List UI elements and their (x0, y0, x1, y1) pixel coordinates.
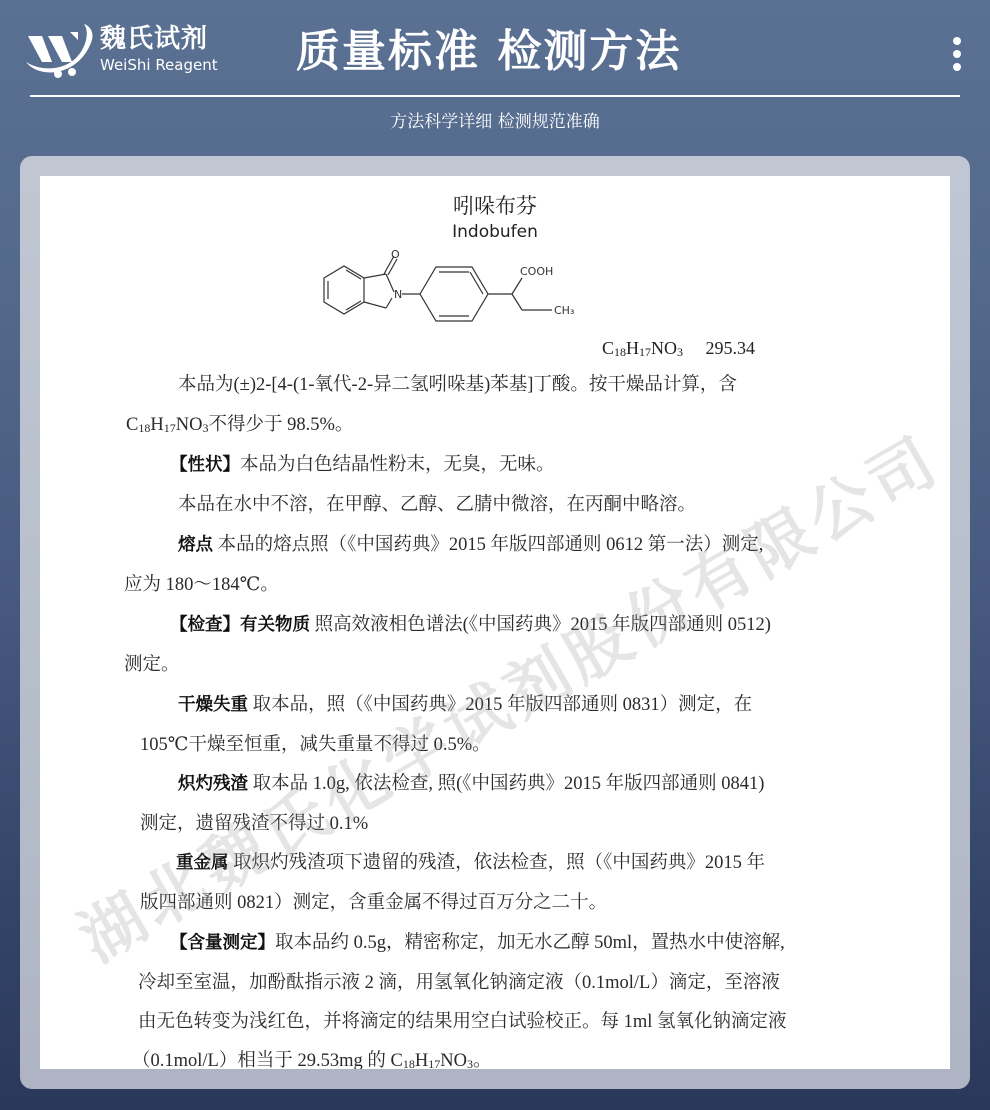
assay-line-2: 冷却至室温，加酚酞指示液 2 滴，用氢氧化钠滴定液（0.1mol/L）滴定，至溶… (138, 970, 780, 996)
related-substances-line-2: 测定。 (124, 652, 180, 678)
related-substances-label: 【检查】有关物质 (170, 615, 310, 635)
assay-line-4: （0.1mol/L）相当于 29.53mg 的 C18H17NO3。 (132, 1048, 491, 1069)
weishi-logo-icon (18, 18, 98, 80)
loss-on-drying-line-2: 105℃干燥至恒重，减失重量不得过 0.5%。 (140, 732, 491, 758)
appearance-label: 【性状】 (170, 455, 240, 475)
residue-on-ignition-label: 炽灼残渣 (178, 774, 248, 794)
assay-label: 【含量测定】 (170, 933, 275, 953)
page-subtitle: 方法科学详细 检测规范准确 (0, 110, 990, 134)
compound-name-cn: 吲哚布芬 (40, 192, 950, 220)
related-substances-line-1: 【检查】有关物质 照高效液相色谱法(《中国药典》2015 年版四部通则 0512… (170, 612, 771, 638)
loss-on-drying-line-1: 干燥失重 取本品，照（《中国药典》2015 年版四部通则 0831）测定，在 (178, 692, 752, 718)
assay-line-3: 由无色转变为浅红色，并将滴定的结果用空白试验校正。每 1ml 氢氧化钠滴定液 (138, 1009, 787, 1035)
document-sheet: 吲哚布芬 Indobufen (40, 176, 950, 1069)
more-vertical-icon (953, 37, 961, 45)
loss-on-drying-label: 干燥失重 (178, 695, 248, 715)
atom-label-nitrogen: N (394, 288, 402, 301)
molecular-weight: 295.34 (706, 338, 756, 358)
more-vertical-icon (953, 63, 961, 71)
more-vertical-icon (953, 50, 961, 58)
group-label-ch3: CH₃ (554, 304, 574, 317)
group-label-cooh: COOH (520, 265, 553, 278)
more-menu-button[interactable] (944, 34, 970, 74)
logo-text-en: WeiShi Reagent (100, 56, 218, 74)
assay-line-1: 【含量测定】取本品约 0.5g，精密称定，加无水乙醇 50ml，置热水中使溶解, (170, 930, 785, 956)
intro-line-1: 本品为(±)2-[4-(1-氧代-2-异二氢吲哚基)苯基]丁酸。按干燥品计算，含 (178, 372, 737, 398)
melting-point-label: 熔点 (178, 535, 213, 555)
heavy-metals-line-2: 版四部通则 0821）测定，含重金属不得过百万分之二十。 (140, 890, 607, 916)
compound-name-en: Indobufen (40, 221, 950, 243)
molecular-formula: C18H17NO3 295.34 (602, 336, 755, 364)
residue-on-ignition-line-1: 炽灼残渣 取本品 1.0g, 依法检查, 照(《中国药典》2015 年版四部通则… (178, 771, 764, 797)
heavy-metals-line-1: 重金属 取炽灼残渣项下遗留的残渣，依法检查，照（《中国药典》2015 年 (176, 850, 765, 876)
residue-on-ignition-line-2: 测定，遗留残渣不得过 0.1% (140, 811, 368, 837)
melting-point-line-1: 熔点 本品的熔点照（《中国药典》2015 年版四部通则 0612 第一法）测定, (178, 532, 763, 558)
solubility-text: 本品在水中不溶，在甲醇、乙醇、乙腈中微溶，在丙酮中略溶。 (178, 492, 696, 518)
header: 魏氏试剂 WeiShi Reagent 质量标准 检测方法 方法科学详细 检测规… (0, 0, 990, 150)
brand-logo[interactable]: 魏氏试剂 WeiShi Reagent (18, 18, 218, 80)
logo-text-cn: 魏氏试剂 (100, 24, 208, 54)
heavy-metals-label: 重金属 (176, 853, 229, 873)
melting-point-line-2: 应为 180～184℃。 (124, 572, 279, 598)
appearance-section: 【性状】本品为白色结晶性粉末，无臭，无味。 (170, 452, 555, 478)
atom-label-oxygen: O (391, 250, 400, 261)
page-title: 质量标准 检测方法 (296, 24, 681, 80)
chemical-structure-diagram: O N COOH CH₃ (310, 250, 610, 340)
intro-line-2: C18H17NO3不得少于 98.5%。 (126, 412, 353, 441)
header-divider (30, 95, 960, 97)
